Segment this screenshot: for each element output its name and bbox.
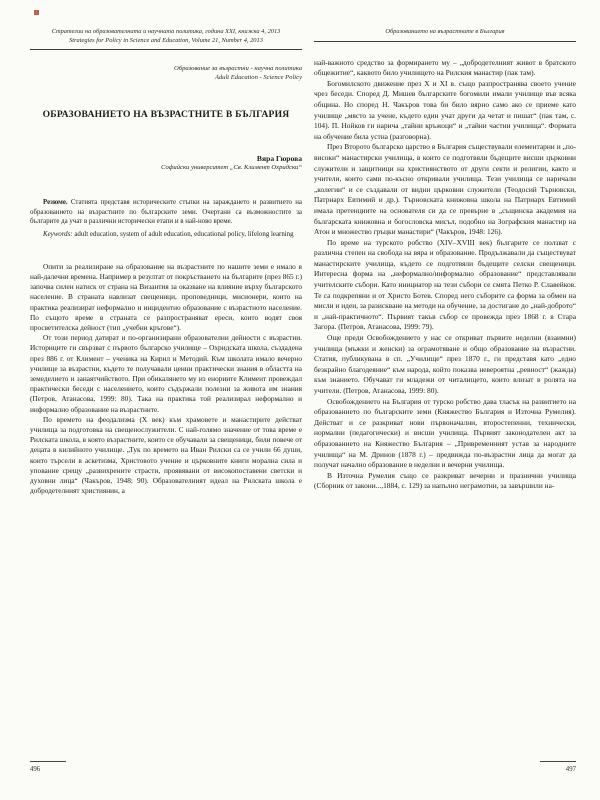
scanned-journal-spread: Стратегии на образователната и научната … (0, 0, 600, 800)
section-heading: Образование за възрастни - научна полити… (30, 64, 302, 82)
paragraph: По времето на феодализма (X век) към хра… (30, 415, 302, 497)
body-text-left: Опити за реализиране на образование на в… (30, 262, 302, 497)
keywords-text: adult education, system of adult educati… (74, 231, 293, 238)
paragraph: От този период датират и по-организирани… (30, 333, 302, 415)
paragraph: Опити за реализиране на образование на в… (30, 262, 302, 333)
footer-rule (30, 761, 66, 762)
paragraph: Освобождението на България от турско роб… (314, 397, 576, 471)
body-text-right: най-важното средство за формирането му –… (314, 58, 576, 492)
abstract-label: Резюме. (43, 199, 68, 206)
paragraph: най-важното средство за формирането му –… (314, 58, 576, 79)
paragraph: През Второто българско царство в Българи… (314, 142, 576, 237)
page-footer-left: 496 (30, 761, 302, 776)
keywords: Keywords: adult education, system of adu… (30, 230, 302, 239)
header-rule (30, 49, 302, 50)
paragraph: В Източна Румелия също се разкриват вече… (314, 471, 576, 492)
right-page: Образованието на възрастните в България … (314, 28, 576, 776)
header-rule (314, 41, 576, 42)
page-footer-right: 497 (314, 761, 576, 776)
section-heading-en: Adult Education - Science Policy (30, 73, 302, 82)
paragraph: По време на турското робство (XIV–XVIII … (314, 238, 576, 333)
abstract-text: Статията представя историческите стъпки … (30, 199, 302, 225)
journal-title-en: Strategies for Policy in Science and Edu… (30, 37, 302, 46)
keywords-label: Keywords: (43, 231, 73, 238)
author-affiliation: Софийски университет „Св. Климент Охридс… (30, 163, 302, 172)
page-number: 496 (30, 766, 40, 773)
abstract: Резюме. Статията представя историческите… (30, 198, 302, 226)
section-heading-bg: Образование за възрастни - научна полити… (30, 64, 302, 73)
journal-running-head: Стратегии на образователната и научната … (30, 28, 302, 45)
scan-artifact (34, 10, 39, 15)
paragraph: Богомилското движение през X и XI в. същ… (314, 79, 576, 143)
footer-rule (540, 761, 576, 762)
page-number: 497 (566, 766, 576, 773)
author-name: Вяра Гюрова (30, 154, 302, 163)
chapter-running-head: Образованието на възрастните в България (314, 28, 576, 37)
paragraph: Още преди Освобождението у нас се открив… (314, 333, 576, 397)
journal-title-bg: Стратегии на образователната и научната … (30, 28, 302, 37)
article-title: ОБРАЗОВАНИЕТО НА ВЪЗРАСТНИТЕ В БЪЛГАРИЯ (30, 109, 302, 120)
left-page: Стратегии на образователната и научната … (30, 28, 302, 776)
